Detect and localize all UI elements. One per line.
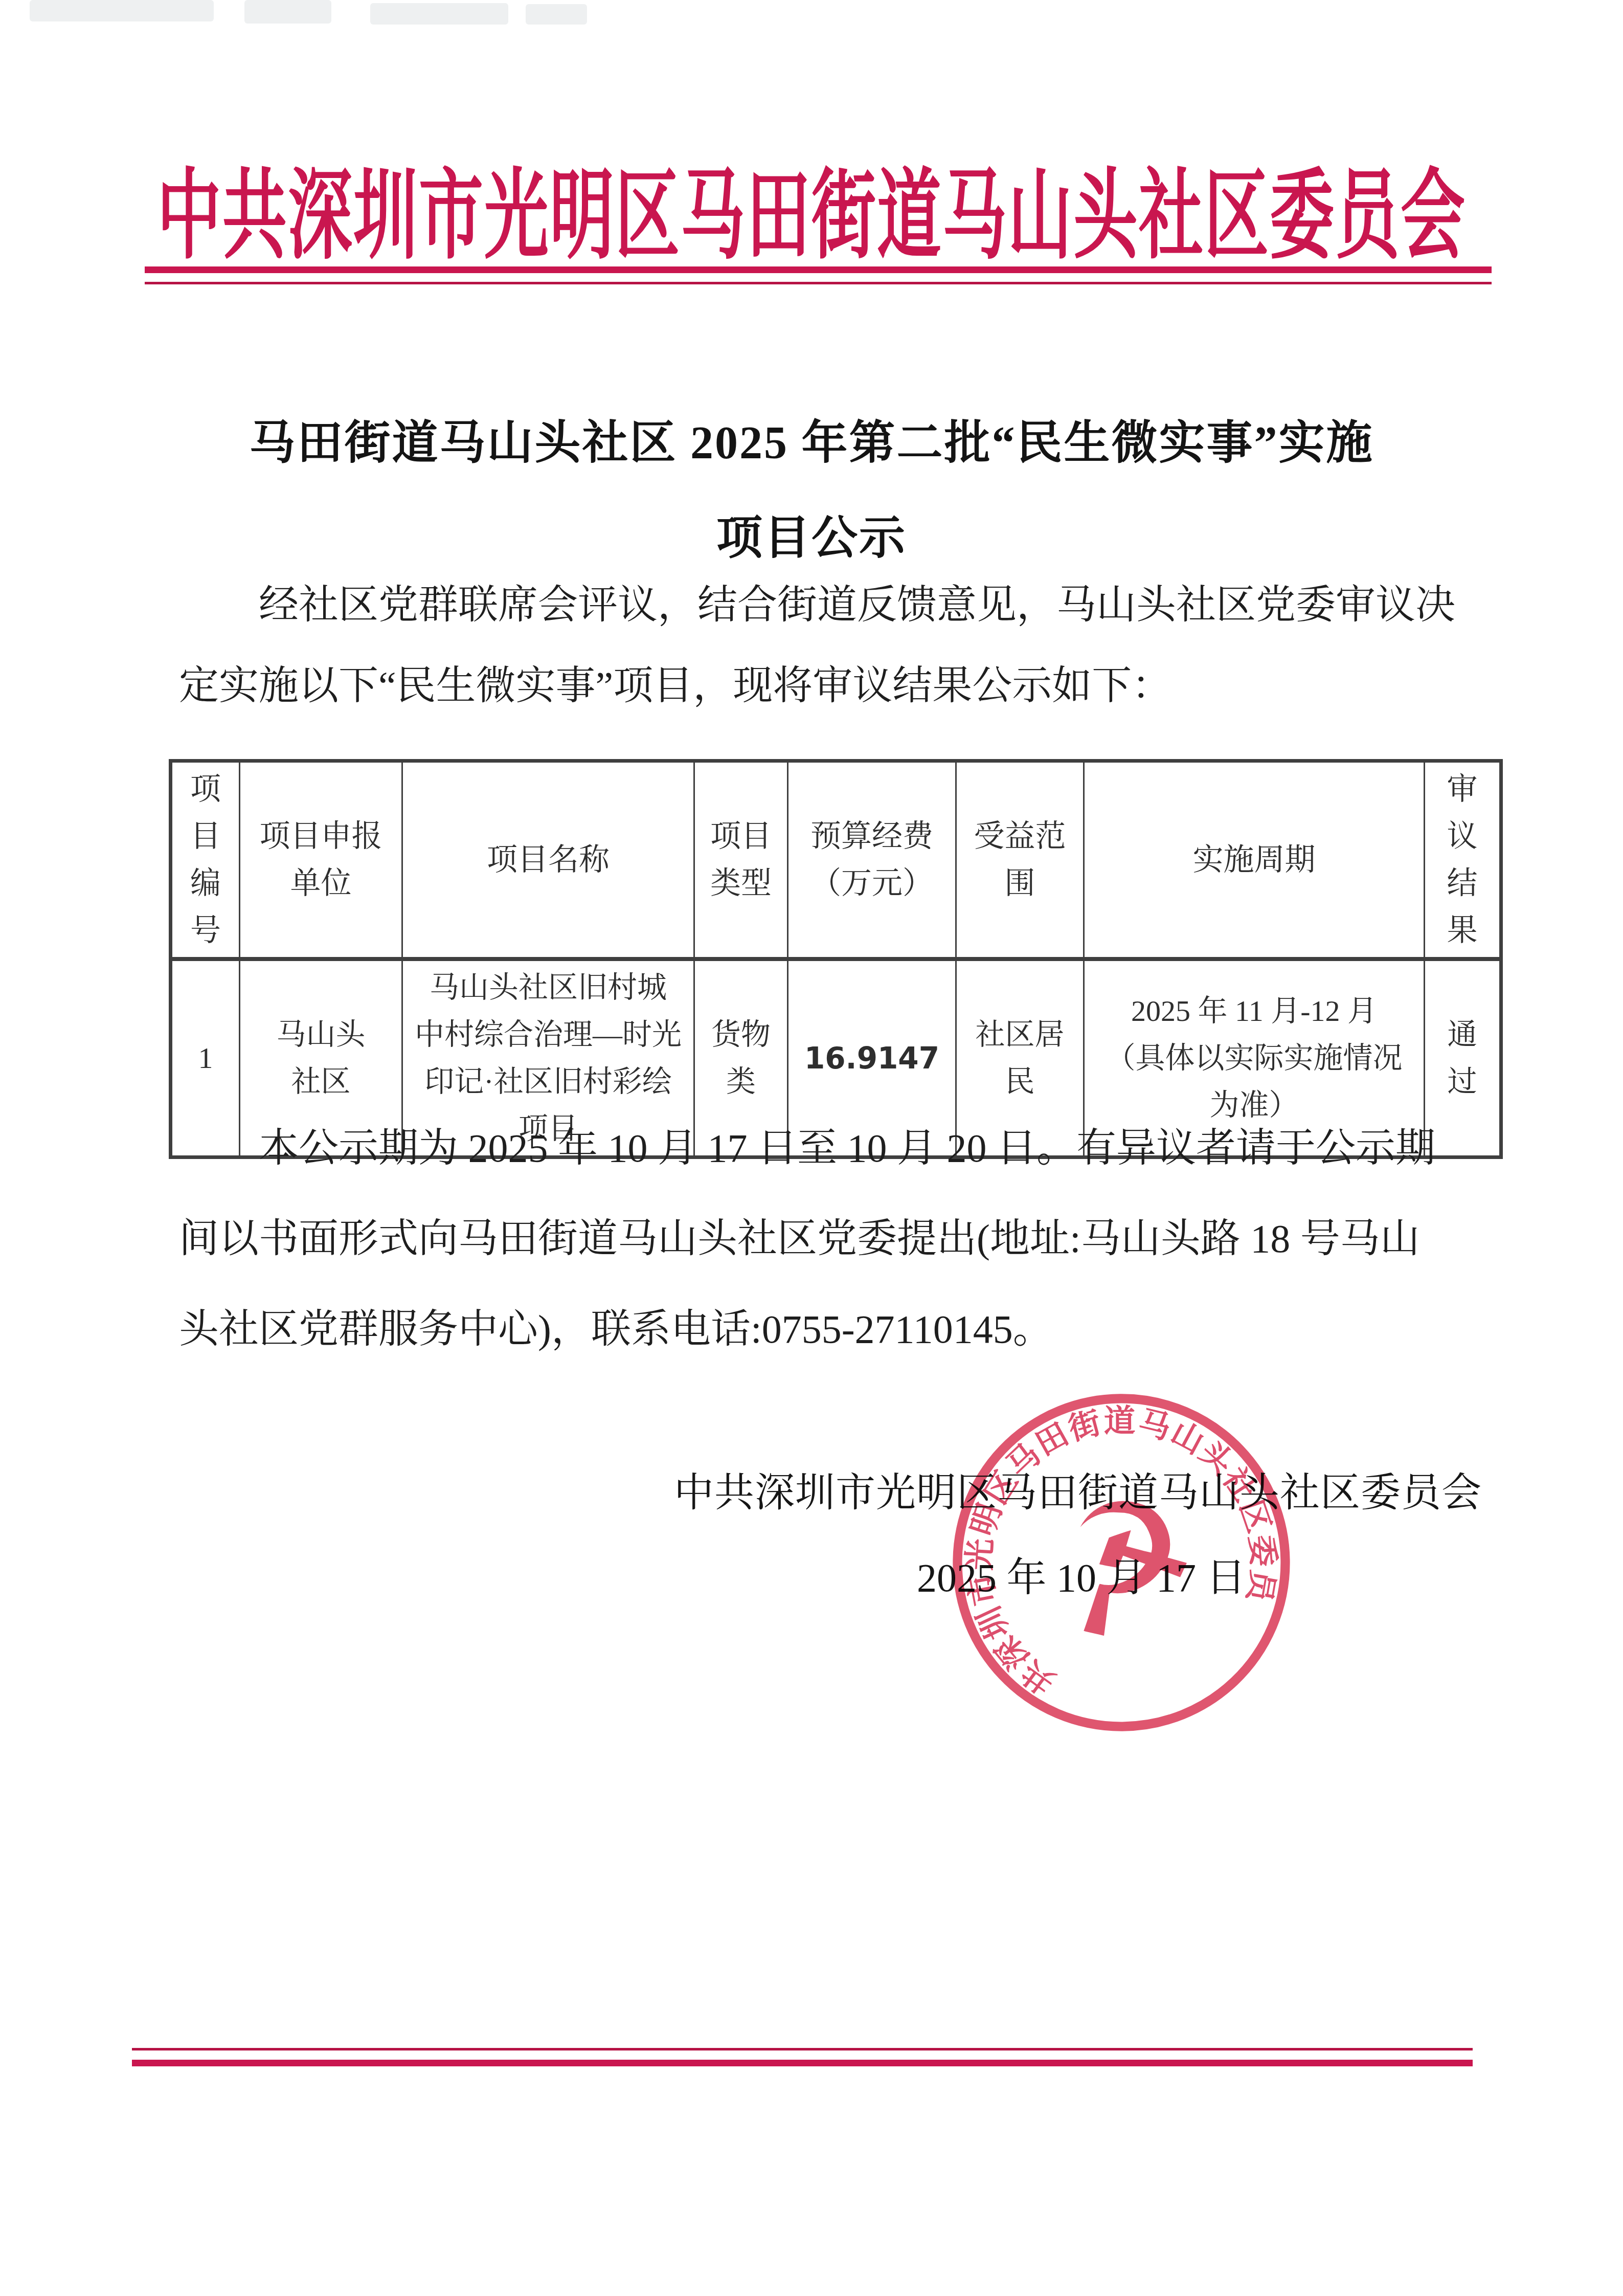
- footer-rule-thick: [132, 2060, 1473, 2066]
- table-header-row: 项 目 编 号 项目申报 单位 项目名称 项目 类型 预算经费 （万元） 受益范…: [171, 761, 1501, 960]
- scan-smudge: [30, 0, 214, 21]
- header-implementation-cycle: 实施周期: [1084, 761, 1425, 960]
- header-project-name: 项目名称: [402, 761, 694, 960]
- scan-smudge: [526, 4, 587, 25]
- header-budget: 预算经费 （万元）: [788, 761, 956, 960]
- letterhead-org-title: 中共深圳市光明区马田街道马山头社区委员会: [157, 137, 1466, 278]
- header-project-type: 项目 类型: [694, 761, 788, 960]
- intro-paragraph: 经社区党群联席会评议，结合街道反馈意见，马山头社区党委审议决 定实施以下“民生微…: [179, 565, 1475, 726]
- official-stamp: 中共深圳市光明区马田街道马山头社区委员会 ☭: [940, 1381, 1303, 1744]
- header-review-result: 审 议 结 果: [1425, 761, 1501, 960]
- document-title-line2: 项目公示: [0, 500, 1623, 567]
- scan-smudge: [370, 3, 508, 25]
- notice-line1: 本公示期为 2025 年 10 月 17 日至 10 月 20 日。有异议者请于…: [179, 1103, 1475, 1193]
- footer-rule-thin: [132, 2048, 1473, 2050]
- notice-paragraph: 本公示期为 2025 年 10 月 17 日至 10 月 20 日。有异议者请于…: [179, 1103, 1475, 1374]
- document-title-line1: 马田街道马山头社区 2025 年第二批“民生微实事”实施: [0, 405, 1623, 472]
- stamp-hammer-sickle-icon: ☭: [1018, 1448, 1228, 1683]
- letterhead-rule-thick: [145, 266, 1492, 273]
- notice-line2: 间以书面形式向马田街道马山头社区党委提出(地址:马山头路 18 号马山: [179, 1193, 1475, 1284]
- header-applicant-unit: 项目申报 单位: [240, 761, 402, 960]
- intro-line2: 定实施以下“民生微实事”项目，现将审议结果公示如下：: [179, 645, 1475, 726]
- projects-table: 项 目 编 号 项目申报 单位 项目名称 项目 类型 预算经费 （万元） 受益范…: [169, 759, 1503, 1159]
- notice-line3: 头社区党群服务中心)，联系电话:0755-27110145。: [179, 1284, 1475, 1374]
- document-page: 中共深圳市光明区马田街道马山头社区委员会 马田街道马山头社区 2025 年第二批…: [0, 0, 1623, 2296]
- intro-line1: 经社区党群联席会评议，结合街道反馈意见，马山头社区党委审议决: [179, 565, 1475, 645]
- header-project-no: 项 目 编 号: [171, 761, 240, 960]
- scan-smudge: [244, 0, 331, 24]
- header-beneficiary-scope: 受益范 围: [956, 761, 1084, 960]
- letterhead-rule-thin: [145, 282, 1492, 284]
